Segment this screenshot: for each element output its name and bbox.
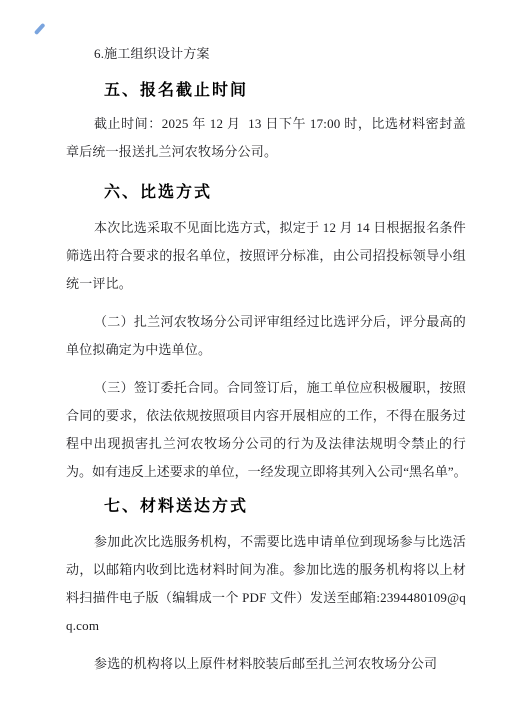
paragraph-line: 程中出现损害扎兰河农牧场分公司的行为及法律法规明令禁止的行 <box>66 430 466 458</box>
list-item-6: 6.施工组织设计方案 <box>66 40 466 68</box>
paragraph-line: 统一评比。 <box>66 270 466 298</box>
paragraph-delivery: 参加此次比选服务机构，不需要比选申请单位到现场参与比选活 动，以邮箱内收到比选材… <box>66 528 466 640</box>
pen-annotation-icon <box>34 23 45 35</box>
paragraph-line: 为。如有违反上述要求的单位，一经发现立即将其列入公司“黑名单”。 <box>66 458 466 486</box>
paragraph-line: （三）签订委托合同。合同签订后，施工单位应积极履职，按照 <box>66 374 466 402</box>
paragraph-line: 料扫描件电子版（编辑成一个 PDF 文件）发送至邮箱:2394480109@q <box>66 584 466 612</box>
paragraph-line: （二）扎兰河农牧场分公司评审组经过比选评分后，评分最高的 <box>66 308 466 336</box>
section-heading-5: 五、报名截止时间 <box>66 76 466 106</box>
paragraph-mailing: 参选的机构将以上原件材料胶装后邮至扎兰河农牧场分公司 <box>66 650 466 678</box>
paragraph-line: 截止时间：2025 年 12 月 13 日下午 17:00 时，比选材料密封盖 <box>66 110 466 138</box>
paragraph-line: 合同的要求，依法依规按照项目内容开展相应的工作，不得在服务过 <box>66 402 466 430</box>
document-content: 6.施工组织设计方案 五、报名截止时间 截止时间：2025 年 12 月 13 … <box>66 40 466 678</box>
paragraph-method: 本次比选采取不见面比选方式，拟定于 12 月 14 日根据报名条件 筛选出符合要… <box>66 214 466 298</box>
paragraph-line: 筛选出符合要求的报名单位，按照评分标准，由公司招投标领导小组 <box>66 242 466 270</box>
paragraph-line: 参加此次比选服务机构，不需要比选申请单位到现场参与比选活 <box>66 528 466 556</box>
paragraph-deadline: 截止时间：2025 年 12 月 13 日下午 17:00 时，比选材料密封盖 … <box>66 110 466 166</box>
paragraph-line: 参选的机构将以上原件材料胶装后邮至扎兰河农牧场分公司 <box>66 650 466 678</box>
section-heading-7: 七、材料送达方式 <box>66 492 466 522</box>
paragraph-line: 单位拟确定为中选单位。 <box>66 336 466 364</box>
paragraph-line: 动，以邮箱内收到比选材料时间为准。参加比选的服务机构将以上材 <box>66 556 466 584</box>
paragraph-item-2: （二）扎兰河农牧场分公司评审组经过比选评分后，评分最高的 单位拟确定为中选单位。 <box>66 308 466 364</box>
paragraph-item-3: （三）签订委托合同。合同签订后，施工单位应积极履职，按照 合同的要求，依法依规按… <box>66 374 466 486</box>
document-page: 6.施工组织设计方案 五、报名截止时间 截止时间：2025 年 12 月 13 … <box>0 0 526 715</box>
paragraph-line: 本次比选采取不见面比选方式，拟定于 12 月 14 日根据报名条件 <box>66 214 466 242</box>
paragraph-line-email-tail: q.com <box>66 612 466 640</box>
section-heading-6: 六、比选方式 <box>66 178 466 208</box>
paragraph-line: 章后统一报送扎兰河农牧场分公司。 <box>66 138 466 166</box>
